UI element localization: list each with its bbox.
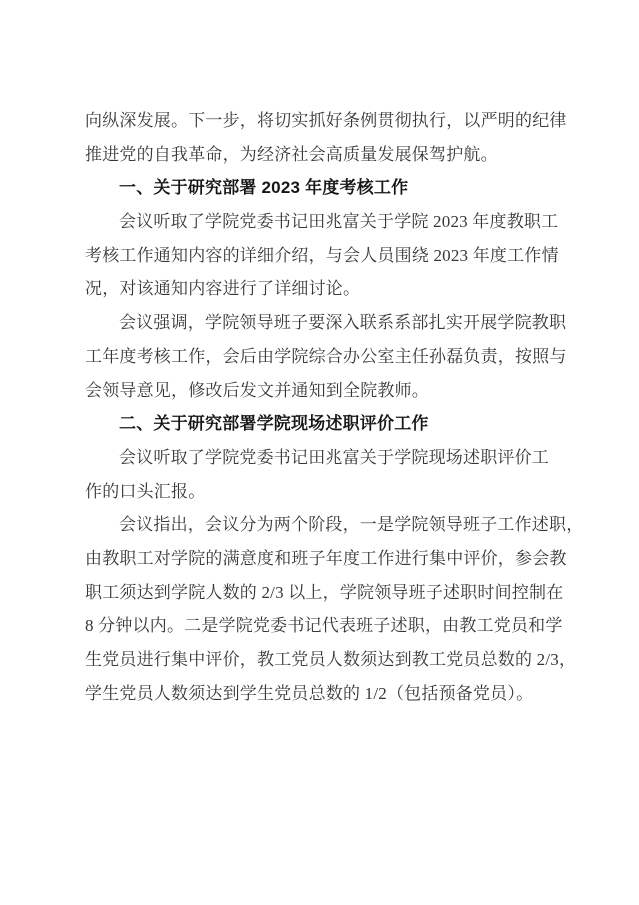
text-line: 工年度考核工作，会后由学院综合办公室主任孙磊负责，按照与 [85,340,561,374]
text-line: 考核工作通知内容的详细介绍，与会人员围绕 2023 年度工作情 [85,239,561,273]
text-line: 推进党的自我革命，为经济社会高质量发展保驾护航。 [85,138,561,172]
document-text-block: 向纵深发展。下一步，将切实抓好条例贯彻执行，以严明的纪律 推进党的自我革命，为经… [85,104,561,710]
text-line: 由教职工对学院的满意度和班子年度工作进行集中评价，参会教 [85,542,561,576]
text-line: 会议强调，学院领导班子要深入联系系部扎实开展学院教职 [85,306,561,340]
section-heading-2: 二、关于研究部署学院现场述职评价工作 [85,407,561,441]
text-line: 会领导意见，修改后发文并通知到全院教师。 [85,374,561,408]
document-page: 向纵深发展。下一步，将切实抓好条例贯彻执行，以严明的纪律 推进党的自我革命，为经… [0,0,639,905]
text-line: 学生党员人数须达到学生党员总数的 1/2（包括预备党员）。 [85,677,561,711]
text-line: 8 分钟以内。二是学院党委书记代表班子述职，由教工党员和学 [85,609,561,643]
text-line: 会议听取了学院党委书记田兆富关于学院 2023 年度教职工 [85,205,561,239]
section-heading-1: 一、关于研究部署 2023 年度考核工作 [85,171,561,205]
text-line: 会议听取了学院党委书记田兆富关于学院现场述职评价工 [85,441,561,475]
text-line: 职工须达到学院人数的 2/3 以上，学院领导班子述职时间控制在 [85,576,561,610]
text-line: 会议指出，会议分为两个阶段，一是学院领导班子工作述职， [85,508,561,542]
text-line: 向纵深发展。下一步，将切实抓好条例贯彻执行，以严明的纪律 [85,104,561,138]
text-line: 生党员进行集中评价，教工党员人数须达到教工党员总数的 2/3， [85,643,561,677]
text-line: 作的口头汇报。 [85,475,561,509]
text-line: 况，对该通知内容进行了详细讨论。 [85,272,561,306]
